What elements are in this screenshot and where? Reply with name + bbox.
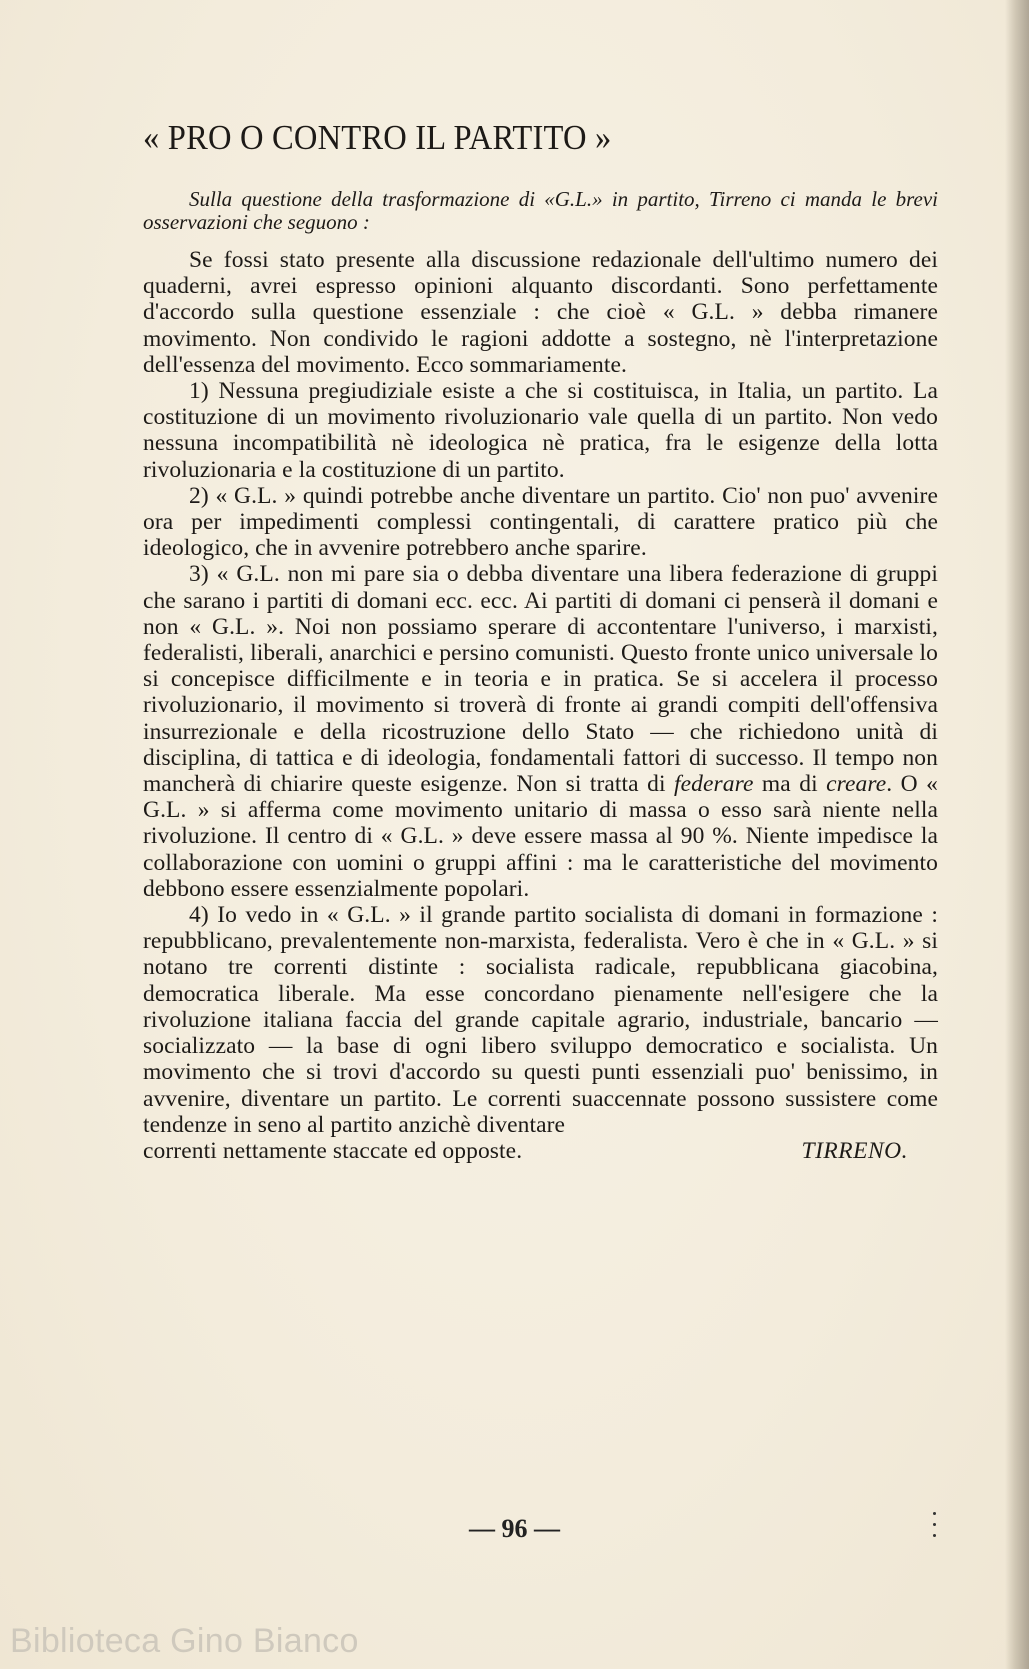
paragraph-point-1: 1) Nessuna pregiudiziale esiste a che si…	[143, 378, 938, 483]
closing-line: correnti nettamente staccate ed opposte.	[143, 1138, 522, 1164]
speck	[933, 1512, 936, 1515]
speck	[933, 1534, 936, 1537]
signoff-line: correnti nettamente staccate ed opposte.…	[143, 1138, 938, 1164]
editorial-intro: Sulla questione della trasformazione di …	[143, 188, 938, 234]
page-number: — 96 —	[0, 1514, 1029, 1544]
paragraph-point-3: 3) « G.L. non mi pare sia o debba divent…	[143, 561, 938, 902]
article-body: Se fossi stato presente alla discussione…	[143, 247, 938, 1164]
paragraph-opening: Se fossi stato presente alla discussione…	[143, 247, 938, 378]
point-3-text-a: 3) « G.L. non mi pare sia o debba divent…	[143, 561, 938, 797]
point-3-text-b: ma di	[754, 771, 827, 797]
article-title: « PRO O CONTRO IL PARTITO »	[143, 118, 882, 158]
italic-creare: creare	[826, 771, 886, 797]
library-watermark: Biblioteca Gino Bianco	[10, 1622, 359, 1661]
italic-federare: federare	[674, 771, 754, 797]
scanned-page: « PRO O CONTRO IL PARTITO » Sulla questi…	[0, 0, 1029, 1669]
speck	[933, 1523, 936, 1526]
paragraph-point-2: 2) « G.L. » quindi potrebbe anche divent…	[143, 483, 938, 562]
article: « PRO O CONTRO IL PARTITO » Sulla questi…	[143, 118, 938, 1164]
paragraph-point-4: 4) Io vedo in « G.L. » il grande partito…	[143, 902, 938, 1138]
author-signature: TIRRENO.	[802, 1138, 908, 1164]
print-specks	[933, 1512, 937, 1546]
